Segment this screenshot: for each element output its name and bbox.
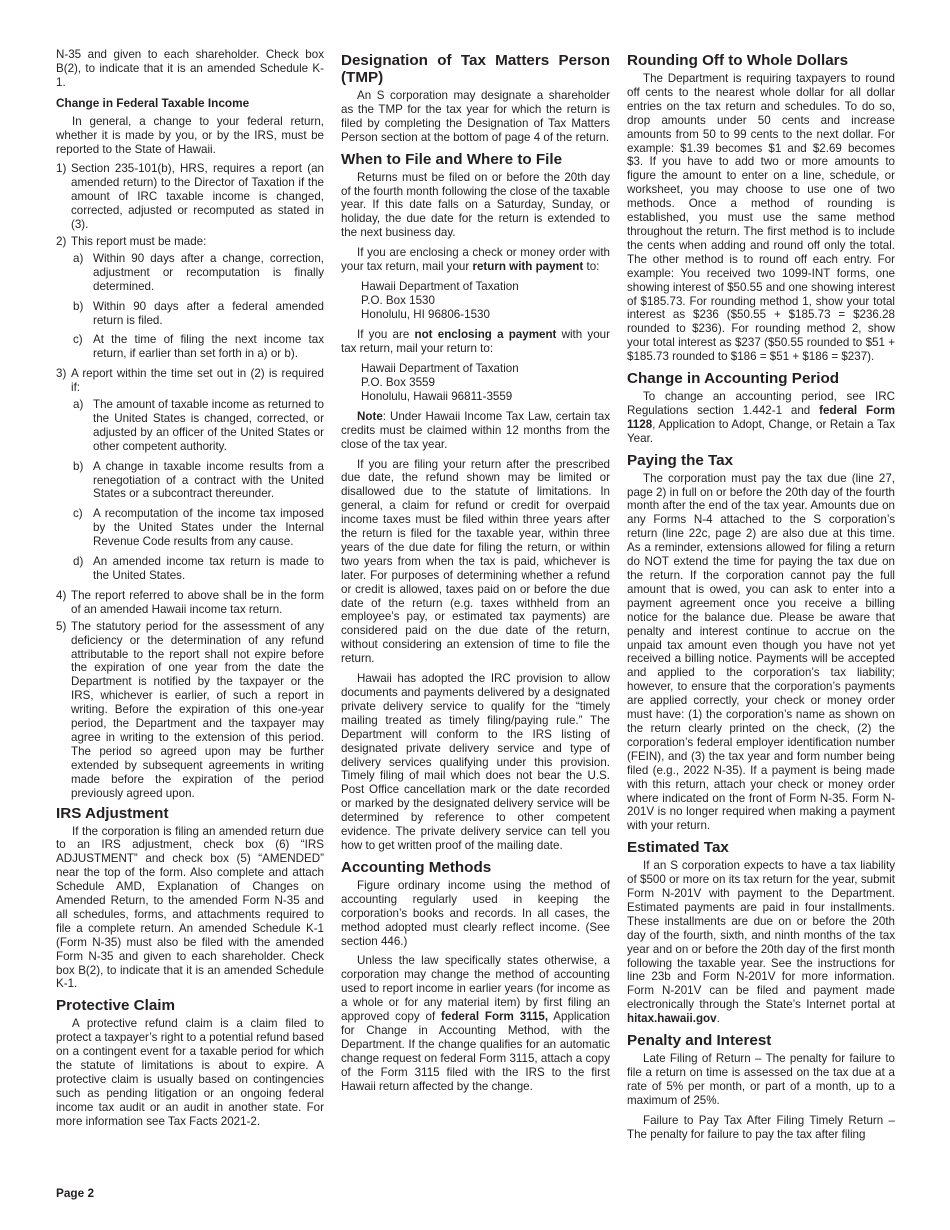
note-label: Note — [357, 410, 383, 423]
right-column: Rounding Off to Whole Dollars The Depart… — [627, 48, 895, 1148]
text-run: , Application to Adopt, Change, or Retai… — [627, 418, 895, 445]
address-line: Hawaii Department of Taxation — [361, 362, 610, 376]
item-text: A report within the time set out in (2) … — [71, 367, 324, 395]
item-text: Within 90 days after a change, correctio… — [93, 252, 324, 294]
tmp-body: An S corporation may designate a shareho… — [341, 89, 610, 145]
sub-item-3d: d) An amended income tax return is made … — [71, 555, 324, 583]
continued-paragraph: N-35 and given to each shareholder. Chec… — [56, 48, 324, 90]
item-number: 1) — [56, 162, 71, 232]
accounting-methods-paragraph-2: Unless the law specifically states other… — [341, 954, 610, 1093]
numbered-item-3: 3) A report within the time set out in (… — [56, 367, 324, 395]
address-line: Honolulu, Hawaii 96811-3559 — [361, 390, 610, 404]
when-to-file-paragraph: Returns must be filed on or before the 2… — [341, 171, 610, 241]
item-text: A recomputation of the income tax impose… — [93, 507, 324, 549]
mailing-address-without-payment: Hawaii Department of Taxation P.O. Box 3… — [361, 362, 610, 404]
middle-column: Designation of Tax Matters Person (TMP) … — [341, 48, 610, 1099]
text-run: . — [717, 1012, 720, 1025]
numbered-item-4: 4) The report referred to above shall be… — [56, 589, 324, 617]
item-number: 3) — [56, 367, 71, 395]
change-federal-intro: In general, a change to your federal ret… — [56, 115, 324, 157]
text-run: If you are — [357, 328, 415, 341]
mailing-address-with-payment: Hawaii Department of Taxation P.O. Box 1… — [361, 280, 610, 322]
late-filing-penalty-paragraph: Late Filing of Return – The penalty for … — [627, 1052, 895, 1108]
heading-accounting-methods: Accounting Methods — [341, 859, 610, 876]
item-number: 5) — [56, 620, 71, 801]
item-text: The report referred to above shall be in… — [71, 589, 324, 617]
item-number: 4) — [56, 589, 71, 617]
heading-paying-the-tax: Paying the Tax — [627, 452, 895, 469]
numbered-item-2: 2) This report must be made: — [56, 235, 324, 249]
estimated-tax-body: If an S corporation expects to have a ta… — [627, 859, 895, 1026]
protective-claim-body: A protective refund claim is a claim fil… — [56, 1017, 324, 1128]
address-line: Honolulu, HI 96806-1530 — [361, 308, 610, 322]
accounting-period-body: To change an accounting period, see IRC … — [627, 390, 895, 446]
item-text: Within 90 days after a federal amended r… — [93, 300, 324, 328]
bold-run: not enclosing a payment — [415, 328, 557, 341]
without-payment-paragraph: If you are not enclosing a payment with … — [341, 328, 610, 356]
with-payment-paragraph: If you are enclosing a check or money or… — [341, 246, 610, 274]
sub-item-2c: c) At the time of filing the next income… — [71, 333, 324, 361]
sub-item-3c: c) A recomputation of the income tax imp… — [71, 507, 324, 549]
bold-run: federal Form 3115, — [441, 1010, 548, 1023]
item-text: This report must be made: — [71, 235, 324, 249]
private-delivery-paragraph: Hawaii has adopted the IRC provision to … — [341, 672, 610, 853]
left-column: N-35 and given to each shareholder. Chec… — [56, 48, 324, 1135]
heading-change-accounting-period: Change in Accounting Period — [627, 370, 895, 387]
accounting-methods-paragraph-1: Figure ordinary income using the method … — [341, 879, 610, 949]
heading-irs-adjustment: IRS Adjustment — [56, 805, 324, 822]
sub-item-2b: b) Within 90 days after a federal amende… — [71, 300, 324, 328]
numbered-item-5: 5) The statutory period for the assessme… — [56, 620, 324, 801]
text-run: to: — [583, 260, 599, 273]
item-letter: d) — [71, 555, 93, 583]
item-text: A change in taxable income results from … — [93, 460, 324, 502]
item-text: The amount of taxable income as returned… — [93, 398, 324, 454]
page-number: Page 2 — [56, 1186, 94, 1200]
item-letter: a) — [71, 252, 93, 294]
hitax-portal-link: hitax.hawaii.gov — [627, 1012, 717, 1025]
heading-protective-claim: Protective Claim — [56, 997, 324, 1014]
item-text: Section 235-101(b), HRS, requires a repo… — [71, 162, 324, 232]
sub-item-3a: a) The amount of taxable income as retur… — [71, 398, 324, 454]
heading-penalty-interest: Penalty and Interest — [627, 1032, 895, 1049]
item-letter: b) — [71, 300, 93, 328]
text-run: If an S corporation expects to have a ta… — [627, 859, 895, 1011]
rounding-body: The Department is requiring taxpayers to… — [627, 72, 895, 364]
heading-change-federal-taxable-income: Change in Federal Taxable Income — [56, 96, 324, 110]
heading-estimated-tax: Estimated Tax — [627, 839, 895, 856]
note-paragraph: Note: Under Hawaii Income Tax Law, certa… — [341, 410, 610, 452]
item-letter: a) — [71, 398, 93, 454]
irs-adjustment-body: If the corporation is filing an amended … — [56, 825, 324, 992]
item-letter: c) — [71, 333, 93, 361]
item-number: 2) — [56, 235, 71, 249]
item-text: At the time of filing the next income ta… — [93, 333, 324, 361]
item-letter: b) — [71, 460, 93, 502]
address-line: Hawaii Department of Taxation — [361, 280, 610, 294]
failure-to-pay-paragraph: Failure to Pay Tax After Filing Timely R… — [627, 1114, 895, 1142]
heading-rounding-off: Rounding Off to Whole Dollars — [627, 52, 895, 69]
heading-designation-tmp: Designation of Tax Matters Person (TMP) — [341, 52, 610, 86]
sub-item-3b: b) A change in taxable income results fr… — [71, 460, 324, 502]
sub-item-2a: a) Within 90 days after a change, correc… — [71, 252, 324, 294]
numbered-item-1: 1) Section 235-101(b), HRS, requires a r… — [56, 162, 324, 232]
bold-run: return with payment — [472, 260, 583, 273]
address-line: P.O. Box 3559 — [361, 376, 610, 390]
item-text: An amended income tax return is made to … — [93, 555, 324, 583]
address-line: P.O. Box 1530 — [361, 294, 610, 308]
item-text: The statutory period for the assessment … — [71, 620, 324, 801]
paying-the-tax-body: The corporation must pay the tax due (li… — [627, 472, 895, 834]
item-letter: c) — [71, 507, 93, 549]
late-filing-refund-paragraph: If you are filing your return after the … — [341, 458, 610, 667]
heading-when-where-to-file: When to File and Where to File — [341, 151, 610, 168]
